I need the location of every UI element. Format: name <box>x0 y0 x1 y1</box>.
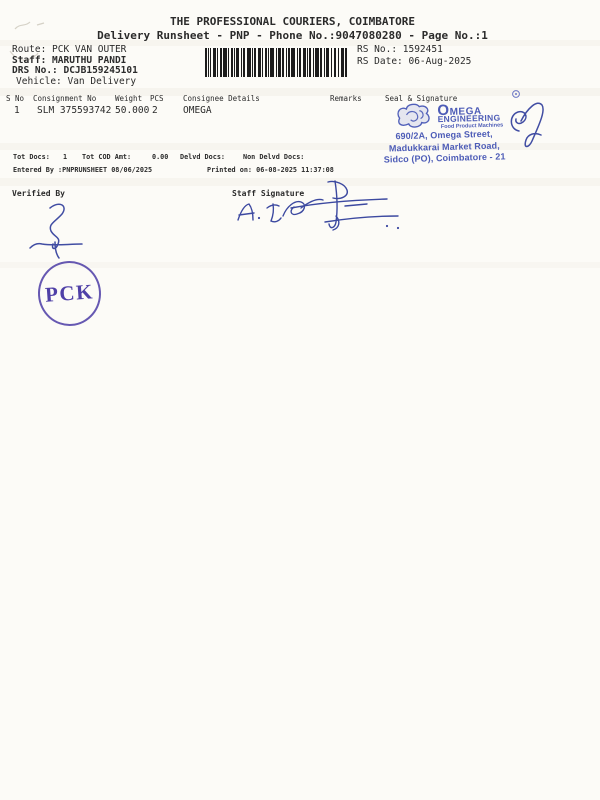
tot-docs-value: 1 <box>63 154 67 162</box>
verified-by-signature <box>28 200 103 260</box>
row-sno: 1 <box>14 106 20 117</box>
tot-cod-amt-value: 0.00 <box>152 154 168 162</box>
omega-logo-icon <box>394 101 437 130</box>
row-pcs: 2 <box>152 106 158 117</box>
staff-signature <box>195 178 405 240</box>
page-subtitle: Delivery Runsheet - PNP - Phone No.:9047… <box>0 30 585 43</box>
delvd-docs-label: Delvd Docs: <box>180 154 225 162</box>
rs-no-field: RS No.: 1592451 <box>357 45 443 56</box>
row-consignee: OMEGA <box>183 106 212 117</box>
pck-round-stamp: PCK <box>36 259 103 328</box>
col-header-remarks: Remarks <box>330 95 362 104</box>
omega-company-stamp: OMEGA ENGINEERING Food Product Machines … <box>382 99 506 166</box>
rs-date-field: RS Date: 06-Aug-2025 <box>357 57 471 68</box>
col-header-consignment: Consignment No <box>33 95 96 104</box>
ink-dot-icon <box>511 89 521 99</box>
page-title: THE PROFESSIONAL COURIERS, COIMBATORE <box>0 16 585 29</box>
col-header-sno: S No <box>6 95 24 104</box>
verified-by-label: Verified By <box>12 189 65 198</box>
row-weight: 50.000 <box>115 106 149 117</box>
barcode <box>205 48 347 77</box>
row-consignment: SLM 375593742 <box>37 106 111 117</box>
non-delvd-docs-label: Non Delvd Docs: <box>243 154 304 162</box>
receiver-initial-signature <box>505 99 553 157</box>
col-header-pcs: PCS <box>150 95 164 104</box>
tot-cod-amt-label: Tot COD Amt: <box>82 154 131 162</box>
stamp-address-line3: Sidco (PO), Coimbatore - 21 <box>384 151 506 164</box>
pck-stamp-text: PCK <box>44 279 94 307</box>
printed-on-field: Printed on: 06-08-2025 11:37:08 <box>207 167 334 175</box>
delivery-runsheet-document: THE PROFESSIONAL COURIERS, COIMBATORE De… <box>0 0 600 800</box>
vehicle-field: Vehicle: Van Delivery <box>16 77 136 88</box>
col-header-weight: Weight <box>115 95 142 104</box>
col-header-consignee: Consignee Details <box>183 95 260 104</box>
tot-docs-label: Tot Docs: <box>13 154 50 162</box>
scan-streak <box>0 262 600 268</box>
entered-by-field: Entered By :PNPRUNSHEET 08/06/2025 <box>13 167 152 175</box>
